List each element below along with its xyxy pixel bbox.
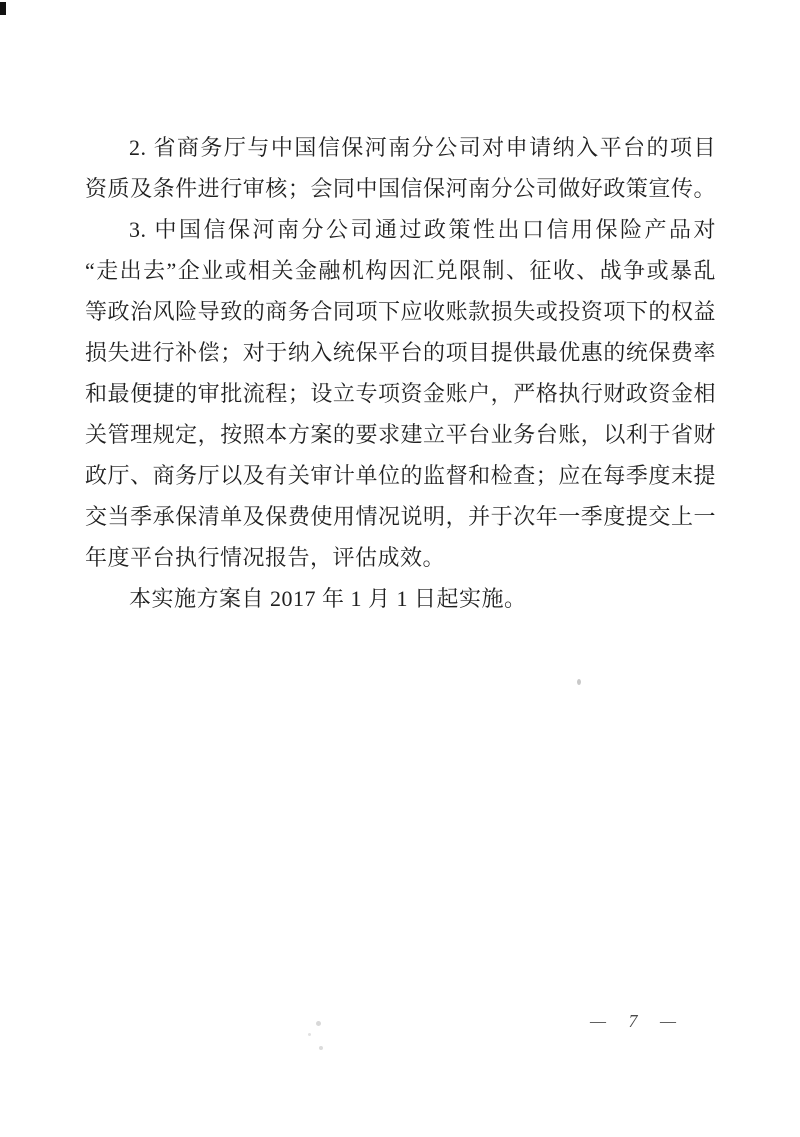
text-line: 关管理规定，按照本方案的要求建立平台业务台账，以利于省财 bbox=[85, 414, 716, 455]
scan-speck bbox=[319, 1046, 323, 1050]
text-line: 交当季承保清单及保费使用情况说明，并于次年一季度提交上一 bbox=[85, 496, 716, 537]
text-line: 损失进行补偿；对于纳入统保平台的项目提供最优惠的统保费率 bbox=[85, 332, 716, 373]
scan-speck bbox=[577, 679, 581, 685]
scan-speck bbox=[308, 1033, 311, 1036]
text-line: 政厅、商务厅以及有关审计单位的监督和检查；应在每季度末提 bbox=[85, 455, 716, 496]
page-number: — 7 — bbox=[590, 1011, 685, 1032]
text-line: 本实施方案自 2017 年 1 月 1 日起实施。 bbox=[85, 578, 716, 619]
text-line: 等政治风险导致的商务合同项下应收账款损失或投资项下的权益 bbox=[85, 291, 716, 332]
scan-artifact-corner bbox=[0, 2, 6, 15]
document-page: 2. 省商务厅与中国信保河南分公司对申请纳入平台的项目 资质及条件进行审核；会同… bbox=[0, 0, 800, 1137]
text-line: 2. 省商务厅与中国信保河南分公司对申请纳入平台的项目 bbox=[85, 127, 716, 168]
text-line: 资质及条件进行审核；会同中国信保河南分公司做好政策宣传。 bbox=[85, 168, 716, 209]
scan-speck bbox=[316, 1021, 321, 1026]
document-body: 2. 省商务厅与中国信保河南分公司对申请纳入平台的项目 资质及条件进行审核；会同… bbox=[85, 127, 716, 619]
text-line: 3. 中国信保河南分公司通过政策性出口信用保险产品对 bbox=[85, 209, 716, 250]
text-line: 和最便捷的审批流程；设立专项资金账户，严格执行财政资金相 bbox=[85, 373, 716, 414]
text-line: 年度平台执行情况报告，评估成效。 bbox=[85, 537, 716, 578]
text-line: “走出去”企业或相关金融机构因汇兑限制、征收、战争或暴乱 bbox=[85, 250, 716, 291]
